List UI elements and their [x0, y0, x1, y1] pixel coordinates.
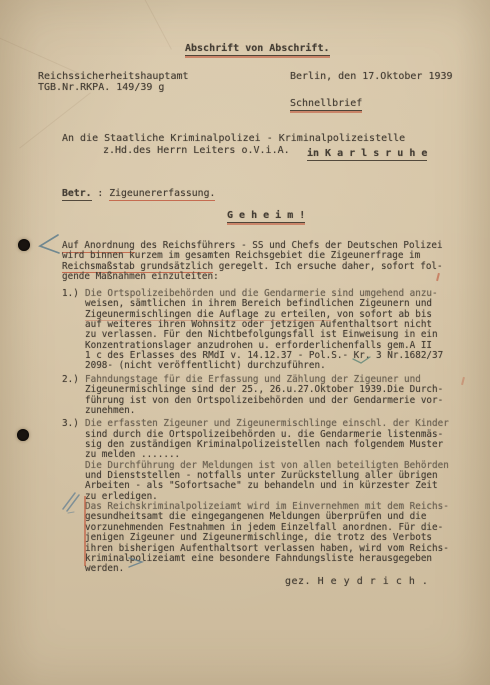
- pencil-double-slash-icon: [60, 490, 82, 514]
- subject-separator: :: [92, 188, 110, 199]
- recipient-line1: An die Staatliche Kriminalpolizei - Krim…: [62, 134, 405, 145]
- opening-paragraph: Auf Anordnung des Reichsführers - SS und…: [62, 241, 454, 282]
- sender-office: Reichssicherheitshauptamt: [38, 72, 189, 83]
- pencil-arrow-icon: [127, 556, 147, 569]
- delivery-type: Schnellbrief: [290, 99, 362, 110]
- list-item-2: 2.) Fahndungstage für die Erfassung und …: [62, 375, 454, 416]
- sender-reference: TGB.Nr.RKPA. 149/39 g: [38, 83, 189, 94]
- pencil-check-icon: [352, 355, 372, 367]
- place-date: Berlin, den 17.Oktober 1939: [290, 72, 453, 83]
- signature: gez. H e y d r i c h .: [285, 577, 428, 588]
- document-body: Auf Anordnung des Reichsführers - SS und…: [62, 241, 454, 578]
- sender-block: Reichssicherheitshauptamt TGB.Nr.RKPA. 1…: [38, 72, 189, 93]
- document-title: Abschrift von Abschrift.: [185, 44, 330, 56]
- recipient-line2: z.Hd.des Herrn Leiters o.V.i.A.: [103, 146, 290, 157]
- list-number: 1.): [62, 289, 85, 372]
- document-page: Abschrift von Abschrift. Reichssicherhei…: [0, 0, 490, 685]
- subject-value: Zigeunererfassung.: [109, 188, 215, 201]
- recipient-city: in K a r l s r u h e: [307, 149, 427, 160]
- punch-hole: [17, 429, 29, 441]
- subject-label: Betr.: [62, 188, 92, 201]
- list-number: 2.): [62, 375, 85, 416]
- classification-stamp: G e h e i m !: [227, 211, 305, 222]
- red-margin-line: [84, 496, 86, 566]
- pencil-checkmark-icon: [37, 232, 61, 258]
- list-item-3: 3.) Die erfassten Zigeuner und Zigeunerm…: [62, 419, 454, 574]
- list-item-1: 1.) Die Ortspolizeibehörden und die Gend…: [62, 289, 454, 372]
- subject-line: Betr. : Zigeunererfassung.: [62, 189, 215, 199]
- red-tick-mark: [461, 377, 465, 385]
- punch-hole: [18, 239, 30, 251]
- paper-crease: [138, 0, 172, 50]
- delivery-type-label: Schnellbrief: [290, 98, 362, 111]
